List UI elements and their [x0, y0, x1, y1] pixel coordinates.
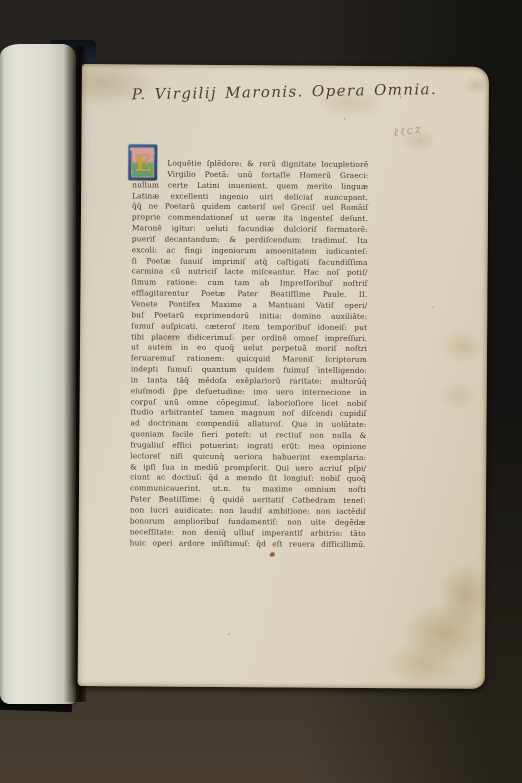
paragraph-mark: •	[271, 552, 275, 556]
ink-specks	[82, 64, 84, 66]
printed-text-line: huic operi ardore inſiſtimuſ: q̄d eſt re…	[130, 538, 366, 550]
handwritten-title: P. Virgilij Maronis. Opera Omnia.	[132, 78, 462, 106]
printed-text-block: Loquētie ſplēdore: & rerū dignitate locu…	[130, 158, 369, 550]
faded-marginalia: ℓℓcz	[393, 122, 424, 139]
photo-scene: P. Virgilij Maronis. Opera Omnia. ℓℓcz E…	[0, 0, 522, 783]
title-page: P. Virgilij Maronis. Opera Omnia. ℓℓcz E…	[78, 64, 489, 689]
